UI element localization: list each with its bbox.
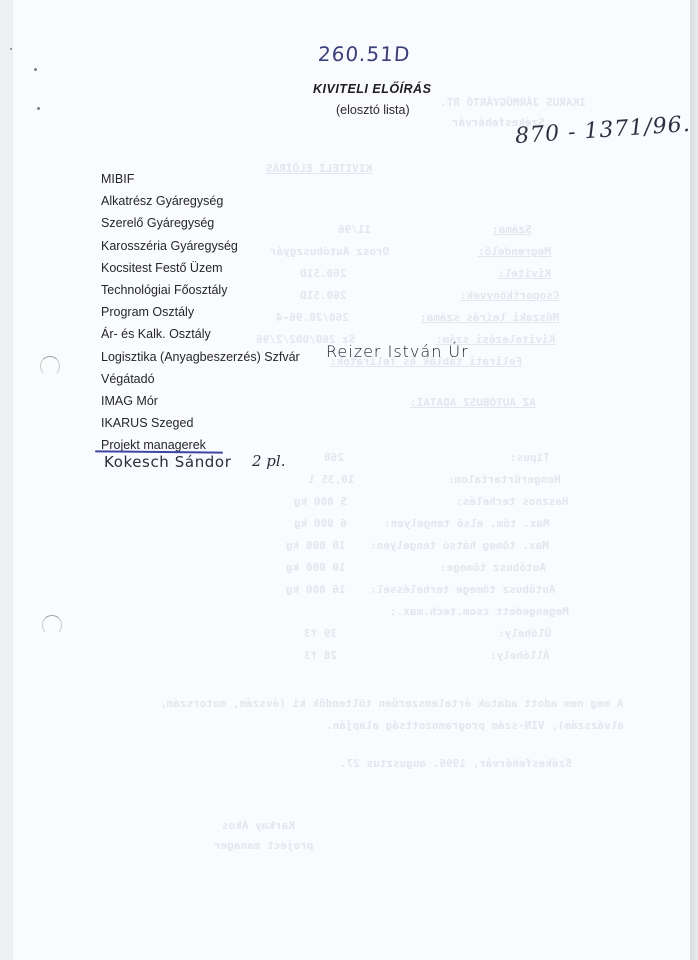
- list-item: Program Osztály: [101, 301, 300, 323]
- list-item: Technológiai Főosztály: [101, 279, 300, 301]
- handwritten-copies: 2 pl.: [252, 452, 285, 470]
- scan-speck: [34, 68, 37, 71]
- handwritten-project-manager: Kokesch Sándor: [104, 453, 231, 471]
- scan-edge-left: [0, 0, 13, 960]
- punch-hole-icon: [40, 356, 60, 376]
- list-item: Ár- és Kalk. Osztály: [101, 323, 300, 345]
- scan-speck: [10, 48, 12, 50]
- list-item: IKARUS Szeged: [101, 412, 300, 434]
- scan-edge-right: [690, 0, 698, 960]
- list-item: IMAG Mór: [101, 390, 300, 412]
- distribution-list: MIBIF Alkatrész Gyáregység Szerelő Gyáre…: [101, 168, 300, 456]
- document-subtitle: (elosztó lista): [336, 103, 410, 117]
- list-item: Logisztika (Anyagbeszerzés) Szfvár: [101, 346, 300, 368]
- list-item: Szerelő Gyáregység: [101, 212, 300, 234]
- handwritten-logistics-recipient: Reizer István Úr: [326, 342, 469, 361]
- scan-speck: [37, 107, 40, 110]
- handwritten-code: 260.51D: [317, 42, 411, 66]
- list-item: Végátadó: [101, 368, 300, 390]
- list-item: MIBIF: [101, 168, 300, 190]
- list-item: Kocsitest Festő Üzem: [101, 257, 300, 279]
- list-item: Karosszéria Gyáregység: [101, 235, 300, 257]
- document-title: KIVITELI ELŐÍRÁS: [313, 82, 431, 96]
- punch-hole-icon: [42, 615, 62, 635]
- list-item: Alkatrész Gyáregység: [101, 190, 300, 212]
